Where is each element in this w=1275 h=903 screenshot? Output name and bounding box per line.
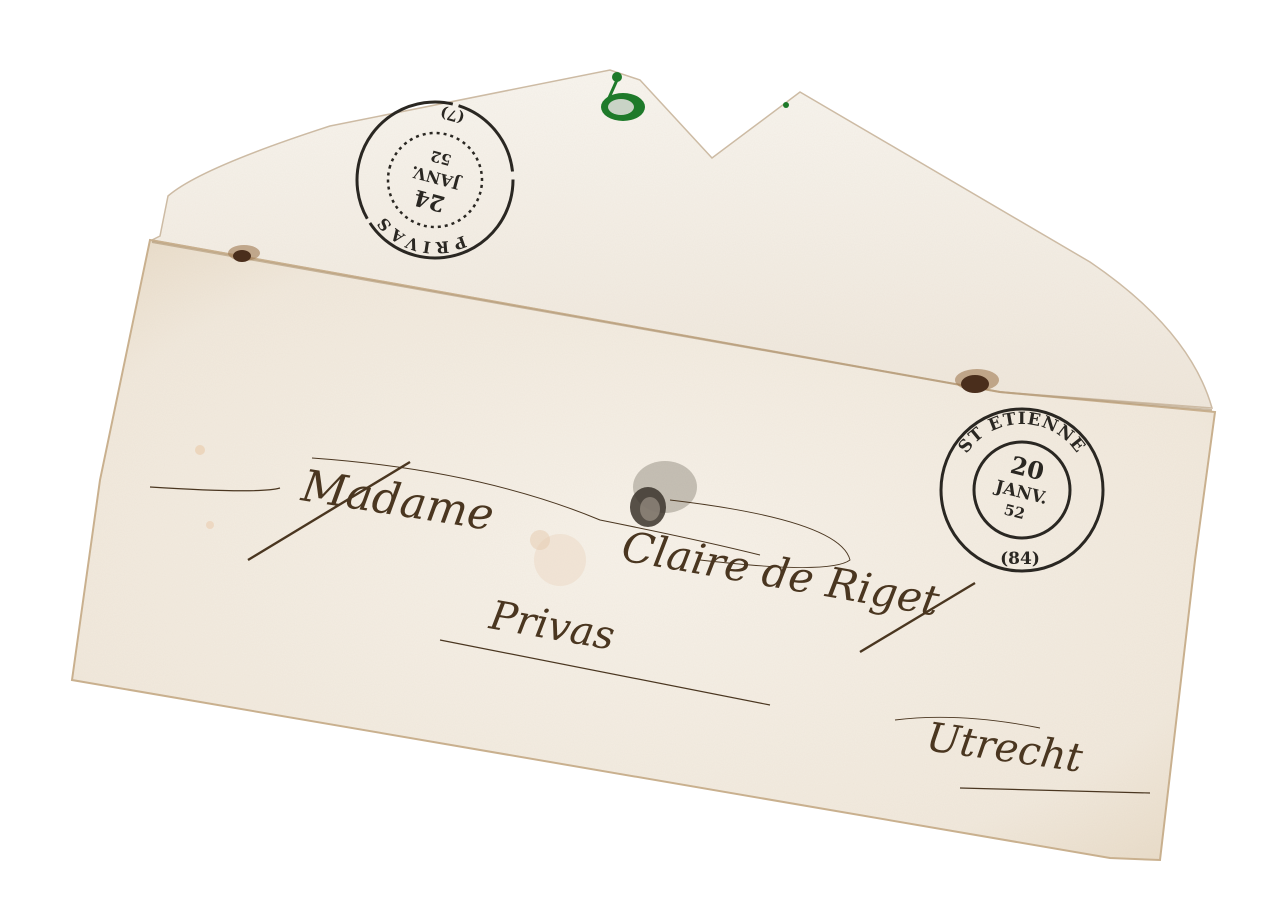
postmark-department: (84) <box>1000 549 1040 569</box>
envelope-photo: ST ÉTIENNE (84) 20 JANV. 52 PRIVAS (7) 2… <box>0 0 1275 903</box>
